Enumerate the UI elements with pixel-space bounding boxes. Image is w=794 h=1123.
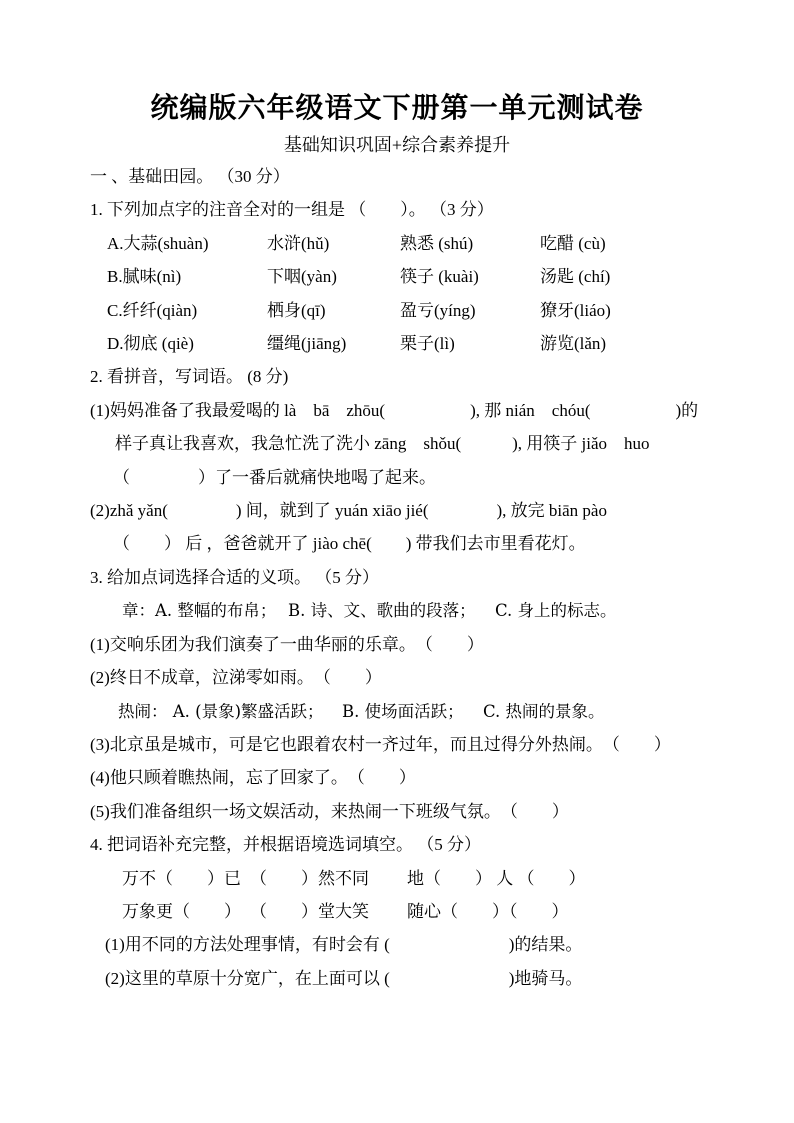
- q3-definition-renao: 热闹： A. (景象)繁盛活跃； B. 使场面活跃； C. 热闹的景象。: [118, 695, 739, 728]
- q1-cell: 筷子 (kuài): [400, 260, 540, 293]
- q3-item: (5)我们准备组织一场文娱活动，来热闹一下班级气氛。 （ ）: [90, 795, 739, 828]
- q1-option-row-b: B.腻味(nì) 下咽(yàn) 筷子 (kuài) 汤匙 (chí): [107, 260, 739, 293]
- q4-cell: 随心（ ）（ ）: [407, 895, 569, 928]
- q4-cell: （ ）然不同: [250, 862, 407, 895]
- q1-cell: 熟悉 (shú): [400, 227, 540, 260]
- paper-subtitle: 基础知识巩固+综合素养提升: [0, 130, 794, 160]
- q3-item: (4)他只顾着瞧热闹，忘了回家了。 （ ）: [90, 761, 739, 794]
- definition-part: B. 诗、文、歌曲的段落；: [288, 594, 495, 627]
- q2-line: 样子真让我喜欢，我急忙洗了洗小 zāng shǒu( ), 用筷子 jiǎo h…: [115, 427, 739, 460]
- q1-option-row-d: D.彻底 (qiè) 缰绳(jiāng) 栗子(lì) 游览(lǎn): [107, 327, 739, 360]
- q1-cell: 吃醋 (cù): [540, 227, 606, 260]
- q1-option-row-a: A.大蒜(shuàn) 水浒(hǔ) 熟悉 (shú) 吃醋 (cù): [107, 227, 739, 260]
- q3-item: (2)终日不成章，泣涕零如雨。 （ ）: [90, 661, 739, 694]
- paper-body: 一 、基础田园。 （30 分） 1. 下列加点字的注音全对的一组是 （ ）。 （…: [90, 160, 739, 995]
- q4-item: (1)用不同的方法处理事情，有时会有 ( )的结果。: [105, 928, 739, 961]
- q4-stem: 4. 把词语补充完整，并根据语境选词填空。 （5 分）: [90, 828, 739, 861]
- q1-cell: 缰绳(jiāng): [267, 327, 400, 360]
- test-paper-page: 统编版六年级语文下册第一单元测试卷 基础知识巩固+综合素养提升 一 、基础田园。…: [0, 0, 794, 1123]
- q1-cell: 汤匙 (chí): [540, 260, 610, 293]
- paper-title: 统编版六年级语文下册第一单元测试卷: [0, 0, 794, 130]
- q4-fill-row: 万不（ ）已 （ ）然不同 地（ ） 人 （ ）: [122, 862, 739, 895]
- q4-cell: （ ）堂大笑: [250, 895, 407, 928]
- q1-cell: 游览(lǎn): [540, 327, 606, 360]
- q3-item: (3)北京虽是城市，可是它也跟着农村一齐过年，而且过得分外热闹。 （ ）: [90, 728, 739, 761]
- q1-stem: 1. 下列加点字的注音全对的一组是 （ ）。 （3 分）: [90, 193, 739, 226]
- q1-cell: 盈亏(yíng): [400, 294, 540, 327]
- q1-cell: 水浒(hǔ): [267, 227, 400, 260]
- q4-cell: 万象更（ ）: [122, 895, 250, 928]
- q4-cell: 万不（ ）已: [122, 862, 250, 895]
- q1-cell: D.彻底 (qiè): [107, 327, 267, 360]
- q1-cell: 栗子(lì): [400, 327, 540, 360]
- definition-part: C. 身上的标志。: [495, 594, 617, 627]
- definition-part: B. 使场面活跃；: [342, 695, 483, 728]
- q1-cell: 獠牙(liáo): [540, 294, 611, 327]
- q2-line: （ ） 后 ，爸爸就开了 jiào chē( ) 带我们去市里看花灯。: [113, 527, 739, 560]
- q1-cell: B.腻味(nì): [107, 260, 267, 293]
- q4-cell: 地（ ） 人 （ ）: [407, 862, 586, 895]
- q3-definition-zhang: 章：A. 整幅的布帛； B. 诗、文、歌曲的段落； C. 身上的标志。: [122, 594, 739, 627]
- definition-part: 章：A. 整幅的布帛；: [122, 594, 288, 627]
- definition-part: C. 热闹的景象。: [483, 695, 605, 728]
- q1-cell: 下咽(yàn): [267, 260, 400, 293]
- q2-stem: 2. 看拼音，写词语。 (8 分): [90, 360, 739, 393]
- q1-cell: C.纤纤(qiàn): [107, 294, 267, 327]
- q1-cell: 栖身(qī): [267, 294, 400, 327]
- q1-cell: A.大蒜(shuàn): [107, 227, 267, 260]
- q4-fill-row: 万象更（ ） （ ）堂大笑 随心（ ）（ ）: [122, 895, 739, 928]
- q1-option-row-c: C.纤纤(qiàn) 栖身(qī) 盈亏(yíng) 獠牙(liáo): [107, 294, 739, 327]
- q2-line: (2)zhǎ yǎn( ) 间，就到了 yuán xiāo jié( ), 放完…: [90, 494, 739, 527]
- q3-stem: 3. 给加点词选择合适的义项。 （5 分）: [90, 561, 739, 594]
- q4-item: (2)这里的草原十分宽广，在上面可以 ( )地骑马。: [105, 962, 739, 995]
- q2-line: （ ）了一番后就痛快地喝了起来。: [113, 461, 739, 494]
- definition-part: 热闹： A. (景象)繁盛活跃；: [118, 695, 342, 728]
- q2-line: (1)妈妈准备了我最爱喝的 là bā zhōu( ), 那 nián chóu…: [90, 394, 739, 427]
- section-heading: 一 、基础田园。 （30 分）: [90, 160, 739, 193]
- q3-item: (1)交响乐团为我们演奏了一曲华丽的乐章。 （ ）: [90, 628, 739, 661]
